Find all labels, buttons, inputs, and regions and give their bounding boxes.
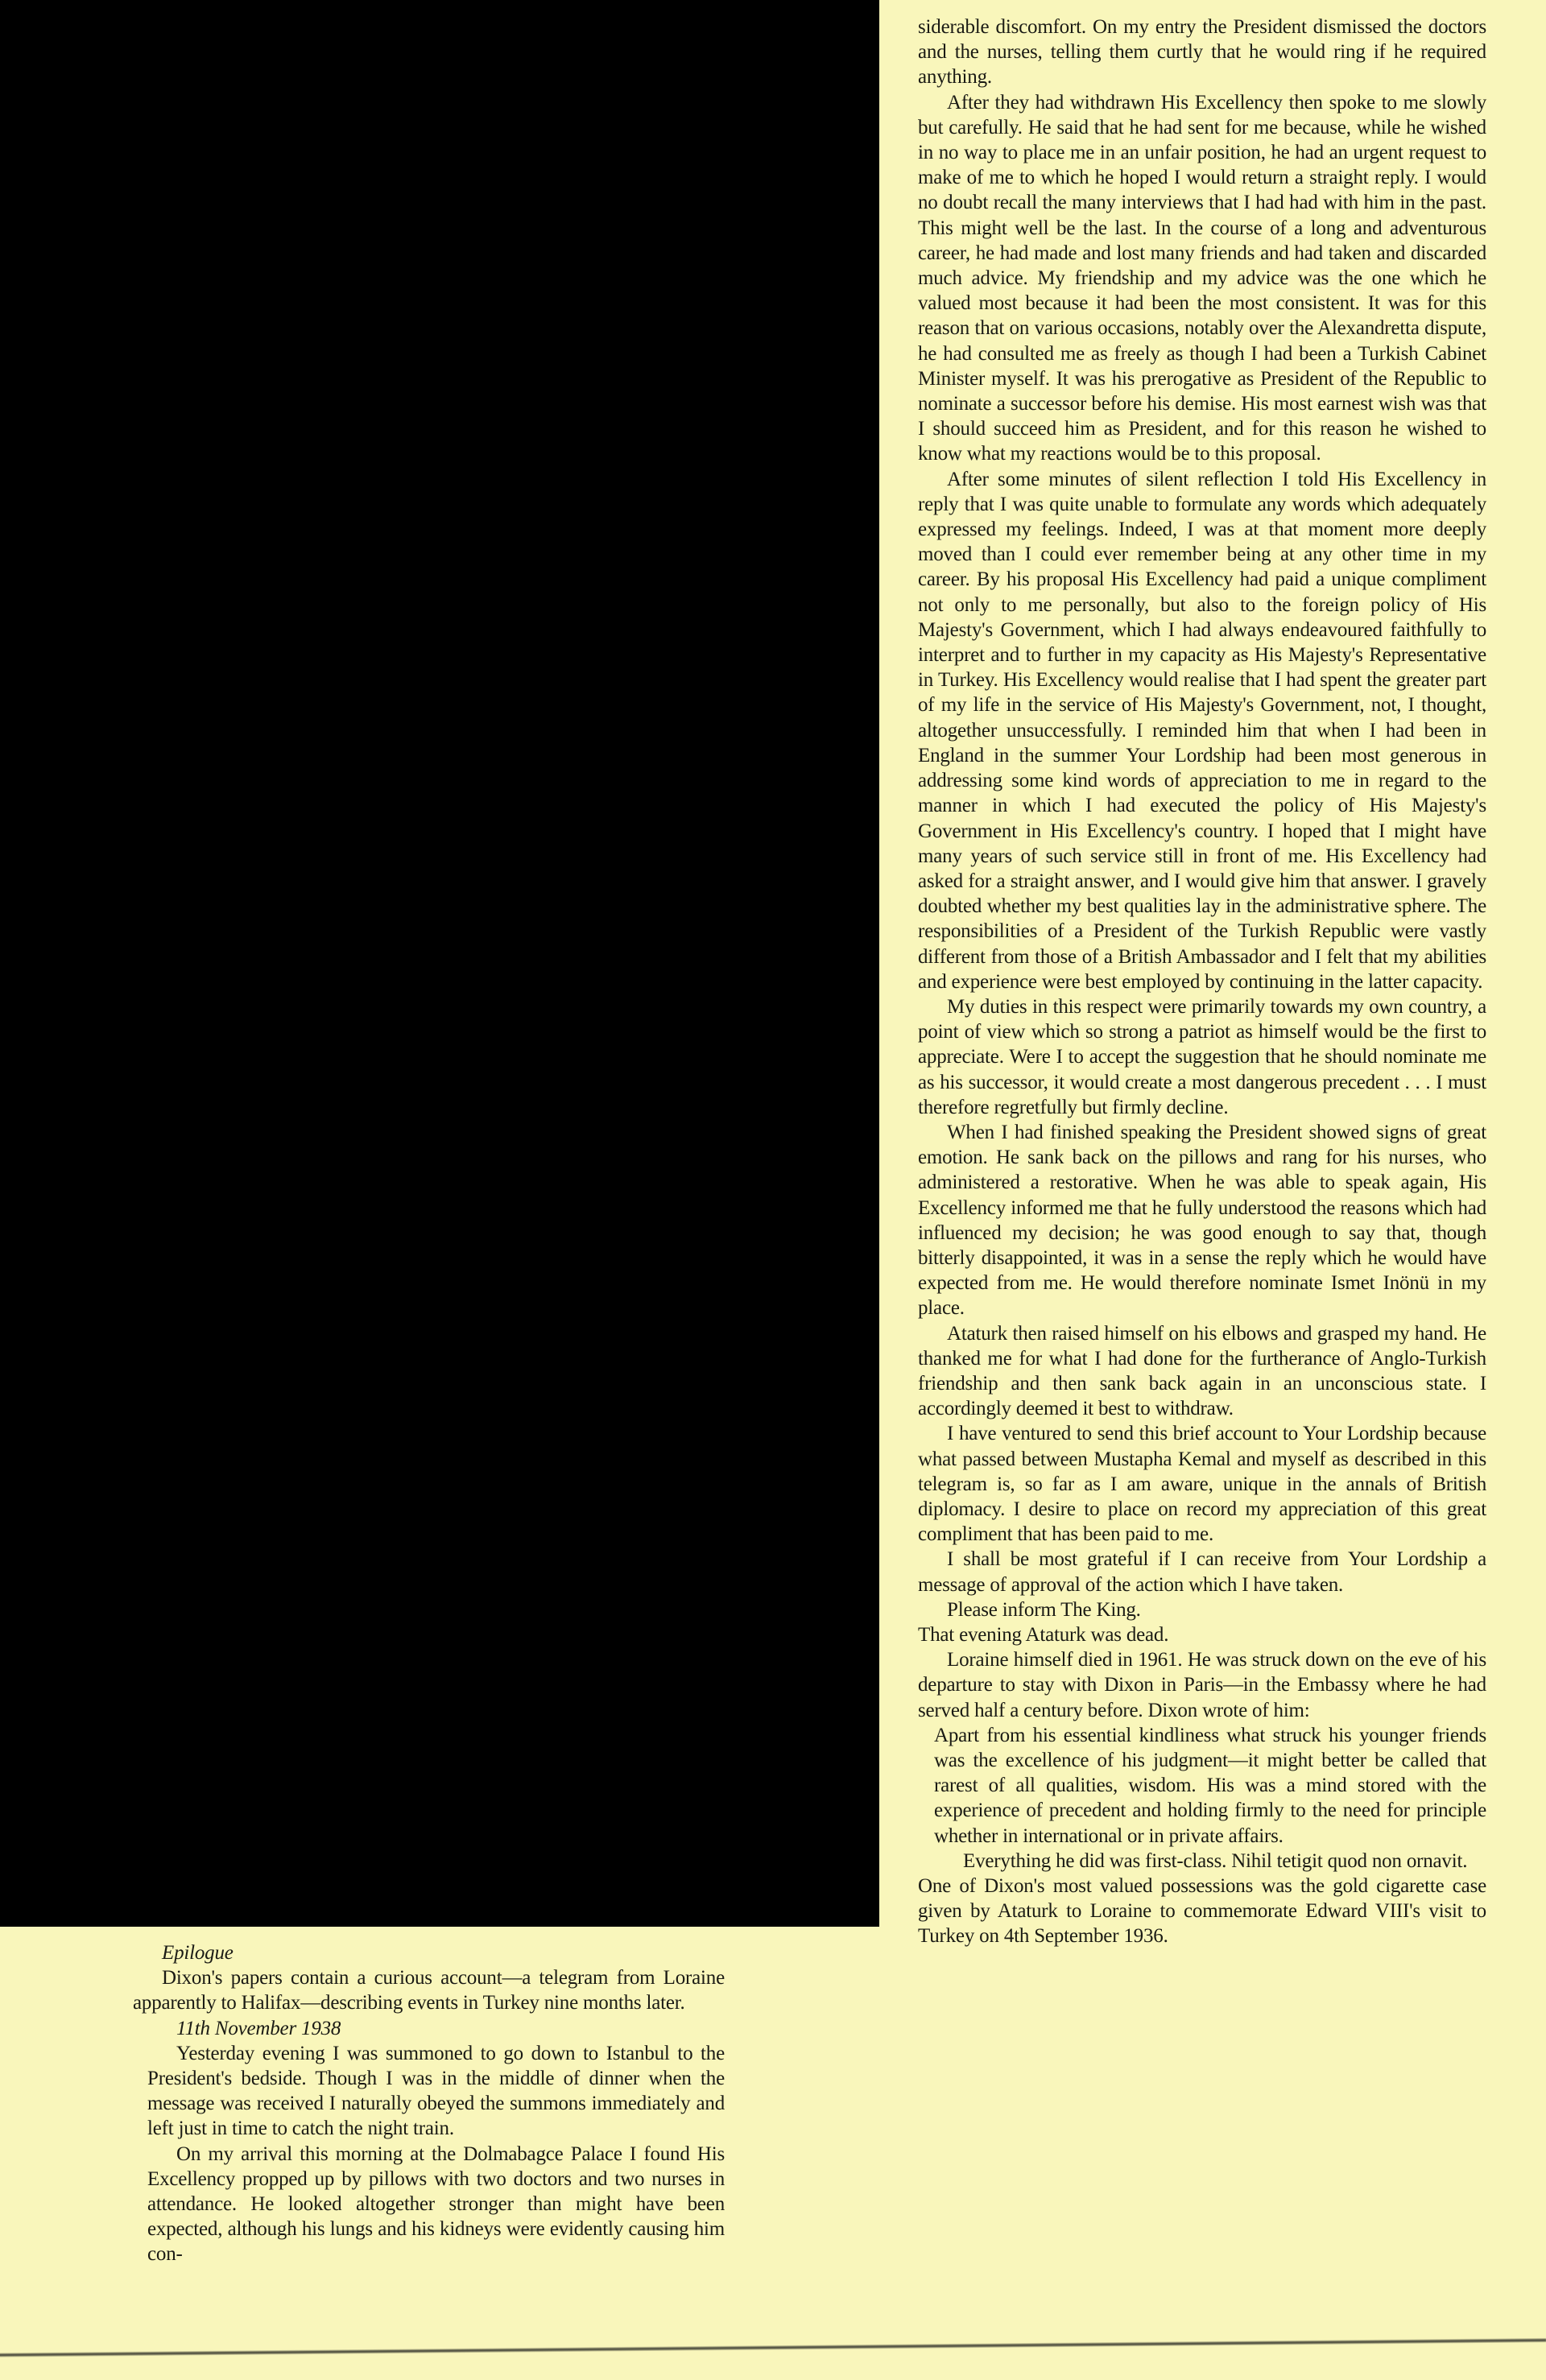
paragraph: After some minutes of silent reflection … (918, 467, 1486, 994)
paragraph: I have ventured to send this brief accou… (918, 1421, 1486, 1547)
telegram-date: 11th November 1938 (133, 2016, 725, 2041)
intro-paragraph: Dixon's papers contain a curious account… (133, 1965, 725, 2015)
paragraph: Ataturk then raised himself on his elbow… (918, 1321, 1486, 1422)
paragraph: One of Dixon's most valued possessions w… (918, 1874, 1486, 1949)
block-quote: Apart from his essential kindliness what… (934, 1723, 1486, 1849)
paragraph: Loraine himself died in 1961. He was str… (918, 1647, 1486, 1723)
right-text-column: siderable discomfort. On my entry the Pr… (918, 14, 1486, 1949)
paragraph: Yesterday evening I was summoned to go d… (147, 2041, 725, 2142)
section-heading: Epilogue (133, 1940, 725, 1965)
left-text-column: Epilogue Dixon's papers contain a curiou… (133, 1940, 725, 2267)
paragraph: siderable discomfort. On my entry the Pr… (918, 14, 1486, 90)
block-quote: Everything he did was first-class. Nihil… (934, 1849, 1486, 1874)
paragraph: I shall be most grateful if I can receiv… (918, 1547, 1486, 1597)
signoff-line: Please inform The King. (918, 1597, 1486, 1622)
paragraph: That evening Ataturk was dead. (918, 1622, 1486, 1647)
redaction-block (0, 0, 879, 1927)
paragraph: After they had withdrawn His Excellency … (918, 90, 1486, 467)
page-bottom-rule (0, 2338, 1546, 2357)
paragraph: When I had finished speaking the Preside… (918, 1120, 1486, 1321)
paragraph: On my arrival this morning at the Dolmab… (147, 2142, 725, 2267)
paragraph: My duties in this respect were primarily… (918, 994, 1486, 1120)
